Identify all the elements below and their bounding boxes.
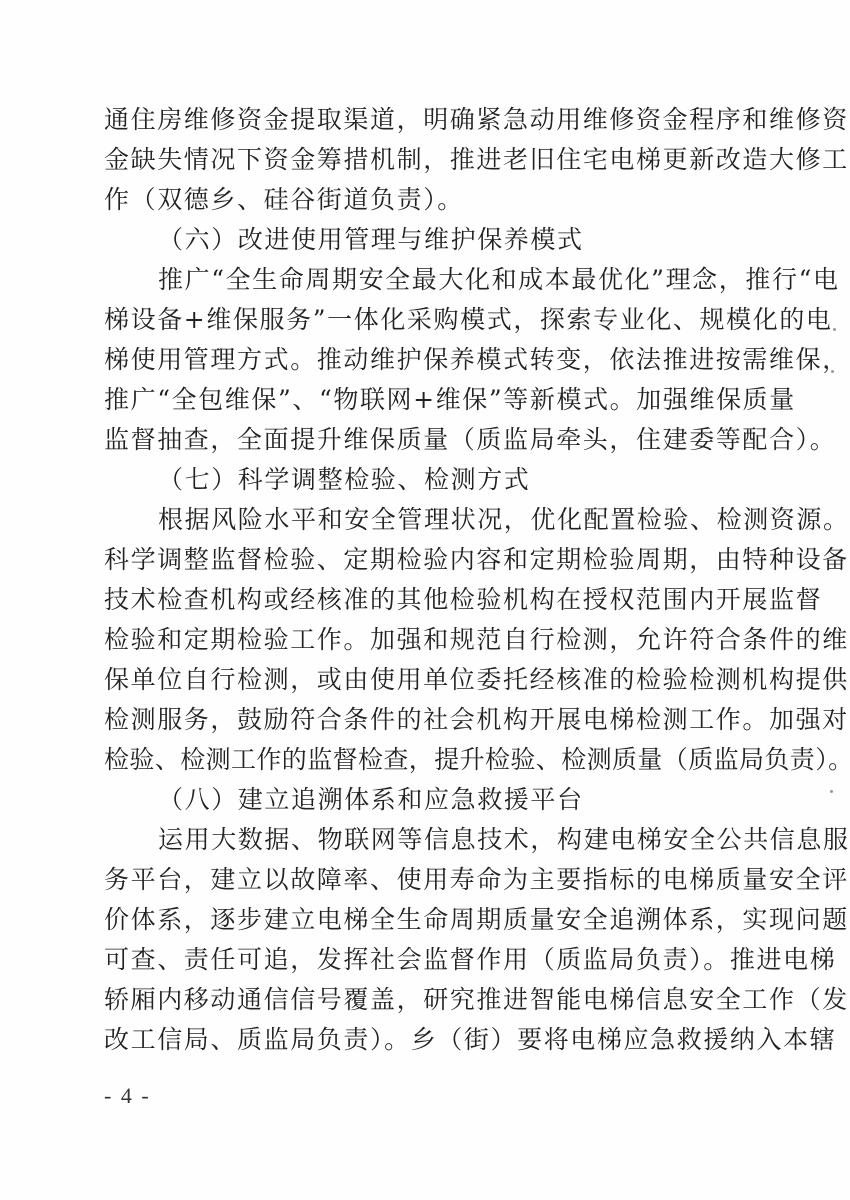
paragraph-line: 检测服务，鼓励符合条件的社会机构开展电梯检测工作。加强对 <box>104 700 736 740</box>
paragraph-line: 通住房维修资金提取渠道，明确紧急动用维修资金程序和维修资 <box>104 100 736 140</box>
scan-artifact-dot <box>831 370 834 373</box>
paragraph-line: 金缺失情况下资金筹措机制，推进老旧住宅电梯更新改造大修工 <box>104 140 736 180</box>
scan-artifact-dot <box>830 790 833 793</box>
paragraph-line: 轿厢内移动通信信号覆盖，研究推进智能电梯信息安全工作（发 <box>104 980 736 1020</box>
paragraph-line: 推广“全包维保”、“物联网+维保”等新模式。加强维保质量 <box>104 380 736 420</box>
page-number: - 4 - <box>104 1083 151 1109</box>
paragraph-line: 推广“全生命周期安全最大化和成本最优化”理念，推行“电 <box>104 260 736 300</box>
paragraph-line: 梯使用管理方式。推动维护保养模式转变，依法推进按需维保， <box>104 340 736 380</box>
paragraph-line: 价体系，逐步建立电梯全生命周期质量安全追溯体系，实现问题 <box>104 900 736 940</box>
paragraph-line: 根据风险水平和安全管理状况，优化配置检验、检测资源。 <box>104 500 736 540</box>
document-page: 通住房维修资金提取渠道，明确紧急动用维修资金程序和维修资 金缺失情况下资金筹措机… <box>0 0 850 1200</box>
paragraph-line: 技术检查机构或经核准的其他检验机构在授权范围内开展监督 <box>104 580 736 620</box>
paragraph-line: 监督抽查，全面提升维保质量（质监局牵头，住建委等配合）。 <box>104 420 736 460</box>
paragraph-line: 检验和定期检验工作。加强和规范自行检测，允许符合条件的维 <box>104 620 736 660</box>
paragraph-line: 务平台，建立以故障率、使用寿命为主要指标的电梯质量安全评 <box>104 860 736 900</box>
paragraph-line: 检验、检测工作的监督检查，提升检验、检测质量（质监局负责）。 <box>104 740 736 780</box>
paragraph-line: 作（双德乡、硅谷街道负责）。 <box>104 180 736 220</box>
paragraph-line: 运用大数据、物联网等信息技术，构建电梯安全公共信息服 <box>104 820 736 860</box>
section-heading-6: （六）改进使用管理与维护保养模式 <box>104 220 736 260</box>
paragraph-line: 改工信局、质监局负责）。乡（街）要将电梯应急救援纳入本辖 <box>104 1020 736 1060</box>
paragraph-line: 科学调整监督检验、定期检验内容和定期检验周期，由特种设备 <box>104 540 736 580</box>
paragraph-line: 梯设备+维保服务”一体化采购模式，探索专业化、规模化的电 <box>104 300 736 340</box>
paragraph-line: 保单位自行检测，或由使用单位委托经核准的检验检测机构提供 <box>104 660 736 700</box>
document-body: 通住房维修资金提取渠道，明确紧急动用维修资金程序和维修资 金缺失情况下资金筹措机… <box>104 100 736 1060</box>
scan-artifact-dot <box>833 328 836 331</box>
section-heading-7: （七）科学调整检验、检测方式 <box>104 460 736 500</box>
paragraph-line: 可查、责任可追，发挥社会监督作用（质监局负责）。推进电梯 <box>104 940 736 980</box>
section-heading-8: （八）建立追溯体系和应急救援平台 <box>104 780 736 820</box>
